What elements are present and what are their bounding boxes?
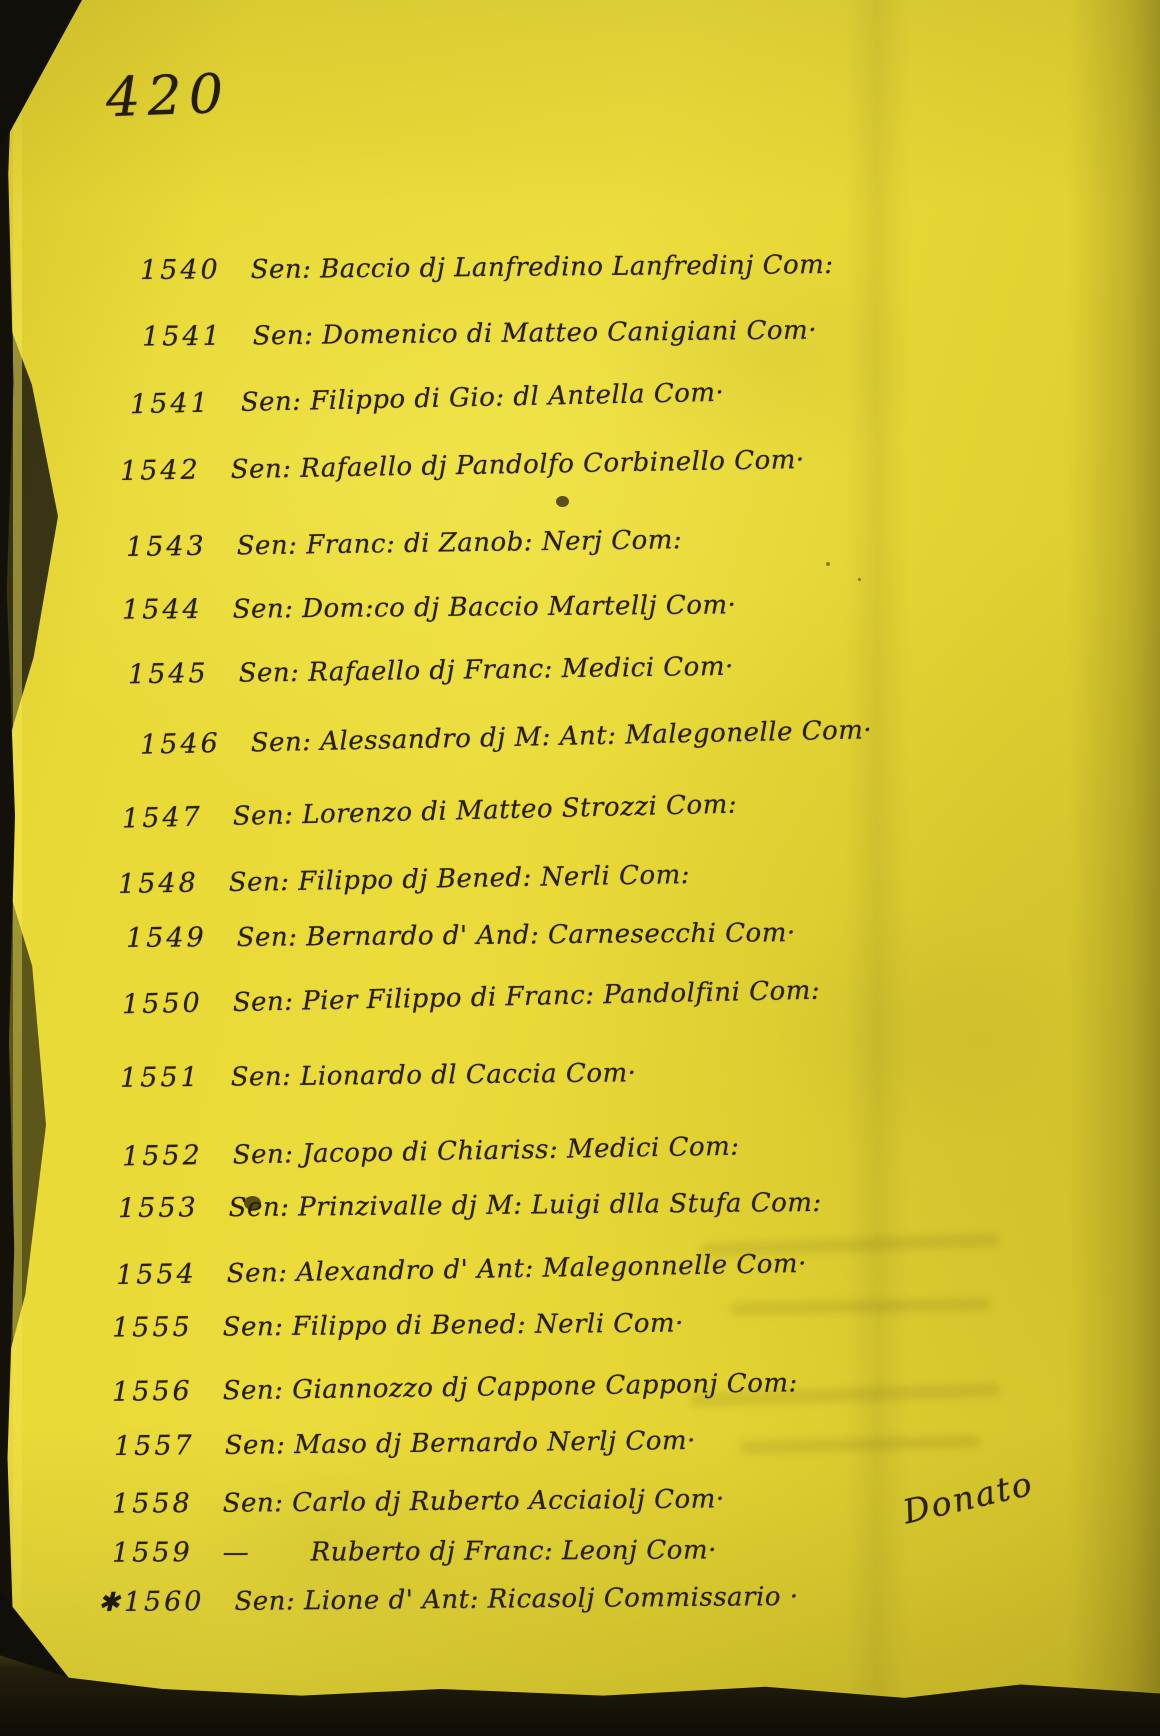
register-entry: 1542 Sen: Rafaello dj Pandolfo Corbinell… <box>120 444 805 487</box>
entry-text: Sen: Rafaello dj Franc: Medici Com· <box>239 652 734 689</box>
register-entry: 1548 Sen: Filippo dj Bened: Nerli Com: <box>118 859 691 900</box>
entry-year: 1543 <box>126 531 207 563</box>
entry-text: Sen: Franc: di Zanob: Nerj Com: <box>237 525 683 561</box>
entry-text: Sen: Dom:co dj Baccio Martellj Com· <box>233 590 737 624</box>
entry-year: 1554 <box>116 1259 197 1291</box>
entry-text: Sen: Filippo di Gio: dl Antella Com· <box>240 378 724 418</box>
entry-year: 1556 <box>112 1376 193 1408</box>
entry-year: 1558 <box>112 1488 193 1520</box>
entry-text: Sen: Alessandro dj M: Ant: Malegonelle C… <box>250 715 872 758</box>
entry-text: Sen: Jacopo di Chiariss: Medici Com: <box>232 1132 739 1171</box>
register-entry: 1551 Sen: Lionardo dl Caccia Com· <box>120 1057 637 1093</box>
entry-year: 1555 <box>112 1312 193 1344</box>
register-entry: 1553 Sen: Prinzivalle dj M: Luigi dlla S… <box>118 1187 822 1224</box>
register-entry: 1555 Sen: Filippo di Bened: Nerli Com· <box>112 1308 684 1344</box>
entry-text: — Ruberto dj Franc: Leonj Com· <box>223 1535 717 1568</box>
paper-stain <box>760 900 1080 1160</box>
entry-year: 1553 <box>118 1192 199 1224</box>
entry-year: 1560 <box>124 1586 205 1618</box>
entry-lead-mark: ✱ <box>98 1588 120 1618</box>
folio-number: 420 <box>105 62 231 129</box>
register-entry: 1545 Sen: Rafaello dj Franc: Medici Com· <box>128 651 734 690</box>
entry-year: 1557 <box>114 1430 195 1462</box>
entry-text: Sen: Lionardo dl Caccia Com· <box>231 1058 637 1092</box>
entry-text: Sen: Filippo di Bened: Nerli Com· <box>223 1309 684 1343</box>
register-entry: 1554 Sen: Alexandro d' Ant: Malegonnelle… <box>116 1248 807 1291</box>
entry-year: 1551 <box>120 1062 201 1094</box>
register-entry: ✱ 1560 Sen: Lione d' Ant: Ricasolj Commi… <box>98 1581 799 1618</box>
entry-year: 1547 <box>122 802 203 835</box>
register-entry: 1559 — Ruberto dj Franc: Leonj Com· <box>112 1534 717 1568</box>
register-entry: 1546 Sen: Alessandro dj M: Ant: Malegone… <box>140 714 873 760</box>
entry-text: Sen: Baccio dj Lanfredino Lanfredinj Com… <box>251 250 834 285</box>
entry-text: Sen: Maso dj Bernardo Nerlj Com· <box>225 1426 696 1461</box>
entry-text: Sen: Filippo dj Bened: Nerli Com: <box>228 860 690 898</box>
entry-year: 1545 <box>128 658 209 690</box>
entry-year: 1548 <box>118 868 199 900</box>
register-entry: 1541 Sen: Filippo di Gio: dl Antella Com… <box>130 377 725 420</box>
ink-blot <box>556 496 569 507</box>
register-entry: 1550 Sen: Pier Filippo di Franc: Pandolf… <box>122 975 821 1021</box>
register-entry: 1544 Sen: Dom:co dj Baccio Martellj Com· <box>122 589 737 625</box>
entry-text: Sen: Pier Filippo di Franc: Pandolfini C… <box>232 976 820 1018</box>
entry-text: Sen: Prinzivalle dj M: Luigi dlla Stufa … <box>229 1188 822 1223</box>
entry-year: 1550 <box>122 988 203 1021</box>
manuscript-photo: 420 1540 Sen: Baccio dj Lanfredino Lanfr… <box>0 0 1160 1736</box>
register-entry: 1541 Sen: Domenico di Matteo Canigiani C… <box>142 314 817 352</box>
entry-text: Sen: Carlo dj Ruberto Acciaiolj Com· <box>223 1484 725 1518</box>
entry-text: Sen: Lorenzo di Matteo Strozzi Com: <box>232 789 737 831</box>
paper-speck <box>826 562 830 566</box>
entry-year: 1552 <box>122 1140 203 1172</box>
entry-text: Sen: Domenico di Matteo Canigiani Com· <box>253 315 818 351</box>
page-crease <box>845 0 909 1736</box>
notary-signature: Donato <box>899 1464 1037 1532</box>
register-entry: 1557 Sen: Maso dj Bernardo Nerlj Com· <box>114 1425 696 1462</box>
entry-year: 1541 <box>130 388 211 421</box>
register-entry: 1540 Sen: Baccio dj Lanfredino Lanfredin… <box>140 249 834 286</box>
entry-text: Sen: Alexandro d' Ant: Malegonnelle Com· <box>227 1249 808 1289</box>
register-entry: 1558 Sen: Carlo dj Ruberto Acciaiolj Com… <box>112 1483 725 1519</box>
register-entry: 1552 Sen: Jacopo di Chiariss: Medici Com… <box>122 1131 740 1173</box>
page-bottom-shadow <box>0 1624 1160 1736</box>
register-entry: 1549 Sen: Bernardo d' And: Carnesecchi C… <box>126 917 796 954</box>
entry-year: 1549 <box>126 922 207 954</box>
entry-year: 1559 <box>112 1537 193 1568</box>
register-entry: 1547 Sen: Lorenzo di Matteo Strozzi Com: <box>122 788 738 834</box>
photo-background-corner <box>0 0 82 150</box>
entry-year: 1541 <box>142 321 223 353</box>
manuscript-page: 420 1540 Sen: Baccio dj Lanfredino Lanfr… <box>0 0 1160 1736</box>
entry-year: 1540 <box>140 254 221 286</box>
entry-year: 1546 <box>140 728 221 761</box>
register-entry: 1543 Sen: Franc: di Zanob: Nerj Com: <box>126 524 683 563</box>
entry-text: Sen: Bernardo d' And: Carnesecchi Com· <box>237 918 796 953</box>
entry-text: Sen: Rafaello dj Pandolfo Corbinello Com… <box>231 445 805 485</box>
page-edge-highlight <box>13 0 22 1736</box>
page-edge-right-shade <box>1068 0 1160 1736</box>
entry-year: 1544 <box>122 594 203 626</box>
entry-year: 1542 <box>120 455 201 487</box>
entry-text: Sen: Lione d' Ant: Ricasolj Commissario … <box>234 1582 798 1617</box>
